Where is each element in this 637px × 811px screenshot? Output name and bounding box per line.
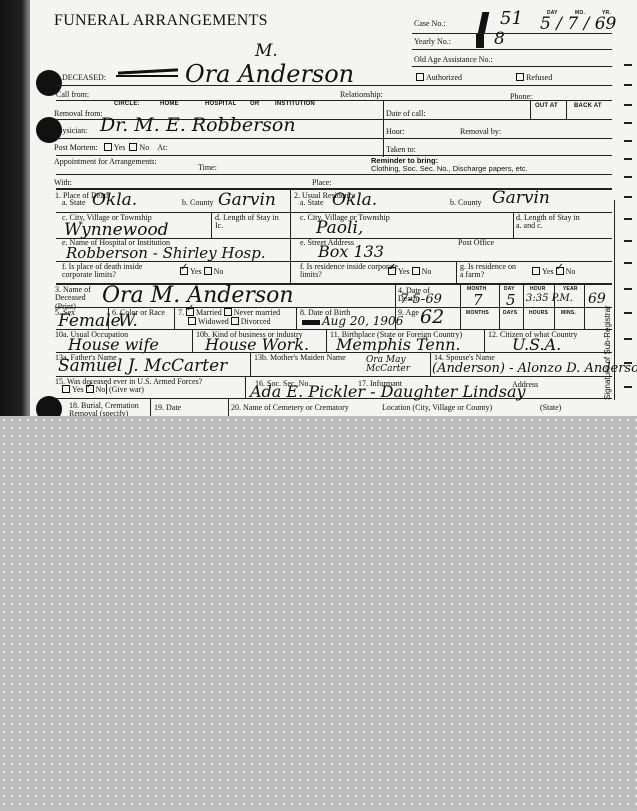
authorized-label: Authorized bbox=[426, 73, 462, 82]
divider bbox=[108, 307, 109, 329]
divider bbox=[150, 398, 151, 416]
father-value: Samuel J. McCarter bbox=[58, 358, 227, 375]
pod-city-value: Wynnewood bbox=[64, 222, 169, 239]
ur-length-label: d. Length of Stay in a. and c. bbox=[516, 214, 586, 230]
funeral-arrangements-form: FUNERAL ARRANGEMENTS Case No.: 51 DAY MO… bbox=[0, 0, 637, 416]
date-19-label: 19. Date bbox=[154, 404, 181, 412]
mother-label: 13b. Mother's Maiden Name bbox=[254, 354, 346, 362]
divider bbox=[56, 174, 612, 175]
mother-value: Ora May McCarter bbox=[366, 356, 428, 374]
strikethrough-mark bbox=[302, 320, 320, 325]
ur-state-label: a. State bbox=[300, 199, 324, 207]
edge-tick bbox=[624, 64, 632, 66]
divider bbox=[174, 307, 175, 329]
ur-post-office-label: Post Office bbox=[458, 239, 494, 247]
circle-hospital: HOSPITAL bbox=[205, 101, 237, 107]
divider bbox=[412, 49, 612, 50]
married-checkbox[interactable] bbox=[186, 308, 194, 316]
out-at-label: OUT AT bbox=[535, 103, 558, 109]
pod-county-label: b. County bbox=[182, 199, 214, 207]
never-married-checkbox[interactable] bbox=[224, 308, 232, 316]
reminder-text: Clothing, Soc. Sec. No., Discharge paper… bbox=[371, 165, 528, 173]
yes-label: Yes bbox=[398, 267, 410, 276]
burial-label: 18. Burial, Cremation Removal (specify) bbox=[69, 402, 149, 416]
yes-label: Yes bbox=[114, 143, 126, 152]
deceased-middle-initial: M. bbox=[255, 43, 278, 60]
at-label: At: bbox=[157, 143, 167, 152]
edge-tick bbox=[624, 386, 632, 388]
location-label: Location (City, Village or County) bbox=[382, 404, 492, 412]
yes-label: Yes bbox=[542, 267, 554, 276]
physician-value: Dr. M. E. Robberson bbox=[100, 116, 296, 135]
deceased-print-name: Ora M. Anderson bbox=[102, 285, 294, 307]
divider bbox=[56, 398, 612, 399]
removal-from-label: Removal from: bbox=[54, 110, 103, 118]
edge-tick bbox=[624, 240, 632, 242]
birthplace-value: Memphis Tenn. bbox=[336, 337, 461, 353]
hour-col: HOUR bbox=[530, 287, 546, 292]
ur-corporate-no-checkbox[interactable] bbox=[412, 267, 420, 275]
edge-tick bbox=[624, 84, 632, 86]
back-at-label: BACK AT bbox=[574, 103, 602, 109]
no-label: No bbox=[422, 267, 432, 276]
no-label: No bbox=[139, 143, 149, 152]
divider bbox=[566, 100, 567, 119]
edge-tick bbox=[624, 218, 632, 220]
dod-hour: 3:35 P.M. bbox=[526, 294, 573, 304]
appointment-label: Appointment for Arrangements: bbox=[54, 158, 157, 166]
circle-label: CIRCLE: bbox=[114, 101, 140, 107]
divider bbox=[106, 384, 107, 394]
redaction-mark bbox=[476, 34, 484, 48]
edge-tick bbox=[624, 122, 632, 124]
color-value: W. bbox=[118, 313, 138, 330]
business-value: House Work. bbox=[205, 337, 309, 353]
divider bbox=[250, 352, 251, 376]
no-label: No bbox=[566, 267, 576, 276]
occupation-value: House wife bbox=[68, 337, 159, 353]
divorced-label: Divorced bbox=[241, 317, 271, 326]
yes-label: Yes bbox=[190, 267, 202, 276]
hours-col: HOURS bbox=[529, 311, 548, 316]
state-label: (State) bbox=[540, 404, 561, 412]
divider bbox=[290, 190, 291, 283]
yearly-no-value: 8 bbox=[494, 31, 505, 48]
case-no-label: Case No.: bbox=[414, 20, 446, 28]
edge-tick bbox=[624, 140, 632, 142]
give-war-label: (Give war) bbox=[109, 386, 144, 394]
post-mortem-label: Post Mortem: bbox=[54, 143, 98, 152]
never-married-label: Never married bbox=[234, 308, 280, 317]
pod-corporate-label: f. Is place of death inside corporate li… bbox=[62, 263, 172, 279]
no-label: No bbox=[96, 385, 106, 394]
widowed-checkbox[interactable] bbox=[188, 317, 196, 325]
divider bbox=[513, 212, 514, 238]
edge-tick bbox=[624, 176, 632, 178]
ur-farm-no-checkbox[interactable] bbox=[556, 267, 564, 275]
strikethrough-mark bbox=[118, 68, 178, 74]
deceased-label: DECEASED: bbox=[62, 74, 106, 82]
months-col: MONTHS bbox=[466, 311, 489, 316]
divider bbox=[383, 100, 384, 157]
edge-tick bbox=[624, 288, 632, 290]
divider bbox=[56, 85, 612, 86]
taken-to-label: Taken to: bbox=[386, 146, 416, 154]
divider bbox=[395, 307, 396, 329]
case-date-value: 5 / 7 / 69 bbox=[540, 16, 616, 33]
divider bbox=[296, 307, 297, 329]
divider bbox=[530, 100, 531, 119]
pod-length-label: d. Length of Stay in Ic. bbox=[215, 214, 285, 230]
edge-tick bbox=[624, 104, 632, 106]
call-from-label: Call from: bbox=[56, 91, 89, 99]
divider bbox=[412, 66, 612, 67]
form-title: FUNERAL ARRANGEMENTS bbox=[54, 12, 268, 30]
divider bbox=[56, 155, 612, 156]
pod-hospital-value: Robberson - Shirley Hosp. bbox=[66, 246, 266, 261]
old-age-label: Old Age Assistance No.: bbox=[414, 56, 493, 64]
deceased-name: Ora Anderson bbox=[185, 62, 354, 86]
removal-by-label: Removal by: bbox=[460, 128, 501, 136]
age-value: 62 bbox=[420, 308, 444, 327]
ur-corporate-label: f. Is residence inside corporate limits? bbox=[300, 263, 400, 279]
ur-street-value: Box 133 bbox=[318, 244, 384, 260]
edge-tick bbox=[624, 196, 632, 198]
ur-city-value: Paoli, bbox=[316, 220, 363, 237]
refused-checkbox[interactable] bbox=[516, 73, 524, 81]
redaction-mark bbox=[478, 12, 490, 34]
date-of-death-value: 7-5-69 bbox=[400, 293, 442, 306]
physician-label: Physician: bbox=[54, 127, 87, 135]
pod-state-label: a. State bbox=[62, 199, 86, 207]
marital-label: 7. bbox=[178, 308, 184, 317]
edge-tick bbox=[624, 158, 632, 160]
divider bbox=[56, 138, 612, 139]
edge-tick bbox=[624, 312, 632, 314]
with-label: With: bbox=[54, 179, 72, 187]
punch-hole bbox=[36, 396, 62, 416]
ur-county-value: Garvin bbox=[492, 190, 550, 207]
divider bbox=[245, 376, 246, 398]
edge-tick bbox=[624, 362, 632, 364]
dod-year: 69 bbox=[588, 292, 606, 306]
dod-month: 7 bbox=[473, 293, 483, 308]
time-label: Time: bbox=[198, 164, 217, 172]
armed-forces-yes-checkbox[interactable] bbox=[62, 385, 70, 393]
pod-corporate-no-checkbox[interactable] bbox=[204, 267, 212, 275]
refused-label: Refused bbox=[526, 73, 552, 82]
authorized-checkbox[interactable] bbox=[416, 73, 424, 81]
cemetery-label: 20. Name of Cemetery or Crematory bbox=[231, 404, 349, 412]
yearly-no-label: Yearly No.: bbox=[414, 38, 451, 46]
strikethrough-mark bbox=[116, 75, 178, 77]
married-label: Married bbox=[196, 308, 222, 317]
date-of-call-label: Date of call: bbox=[386, 110, 426, 118]
divider bbox=[228, 398, 229, 416]
post-mortem-no-checkbox[interactable] bbox=[129, 143, 137, 151]
sub-registrar-label: Signature of Sub-Registrar bbox=[603, 305, 612, 400]
divider bbox=[192, 329, 193, 352]
divider bbox=[412, 33, 612, 34]
divider bbox=[430, 352, 431, 376]
divider bbox=[456, 261, 457, 283]
edge-tick bbox=[624, 262, 632, 264]
case-no-value: 51 bbox=[500, 10, 523, 28]
yes-label: Yes bbox=[72, 385, 84, 394]
ur-state-value: Okla. bbox=[332, 192, 377, 209]
hour-label: Hour: bbox=[386, 128, 405, 136]
citizen-value: U.S.A. bbox=[512, 337, 561, 353]
pod-corporate-yes-checkbox[interactable] bbox=[180, 267, 188, 275]
widowed-label: Widowed bbox=[198, 317, 229, 326]
pod-county-value: Garvin bbox=[218, 192, 276, 209]
no-label: No bbox=[214, 267, 224, 276]
relationship-label: Relationship: bbox=[340, 91, 383, 99]
dob-value: Aug 20, 1906 bbox=[322, 315, 403, 327]
divider bbox=[484, 329, 485, 352]
ur-farm-label: g. Is residence on a farm? bbox=[460, 263, 520, 279]
days-col: DAYS bbox=[503, 311, 517, 316]
circle-or: OR bbox=[250, 101, 259, 107]
pod-state-value: Okla. bbox=[92, 192, 137, 209]
circle-home: HOME bbox=[160, 101, 179, 107]
divider bbox=[395, 285, 396, 307]
divorced-checkbox[interactable] bbox=[231, 317, 239, 325]
divider bbox=[326, 329, 327, 352]
year-col: YEAR bbox=[563, 287, 578, 292]
mins-col: MINS. bbox=[561, 311, 576, 316]
armed-forces-no-checkbox[interactable] bbox=[86, 385, 94, 393]
circle-institution: INSTITUTION bbox=[275, 101, 315, 107]
ur-farm-yes-checkbox[interactable] bbox=[532, 267, 540, 275]
binding-edge bbox=[0, 0, 30, 416]
post-mortem-yes-checkbox[interactable] bbox=[104, 143, 112, 151]
ur-corporate-yes-checkbox[interactable] bbox=[388, 267, 396, 275]
edge-tick bbox=[624, 338, 632, 340]
dod-day: 5 bbox=[506, 293, 516, 308]
age-label: 9. Age bbox=[398, 309, 419, 317]
ur-county-label: b. County bbox=[450, 199, 482, 207]
divider bbox=[614, 200, 615, 400]
divider bbox=[211, 212, 212, 238]
place-label: Place: bbox=[312, 179, 332, 187]
